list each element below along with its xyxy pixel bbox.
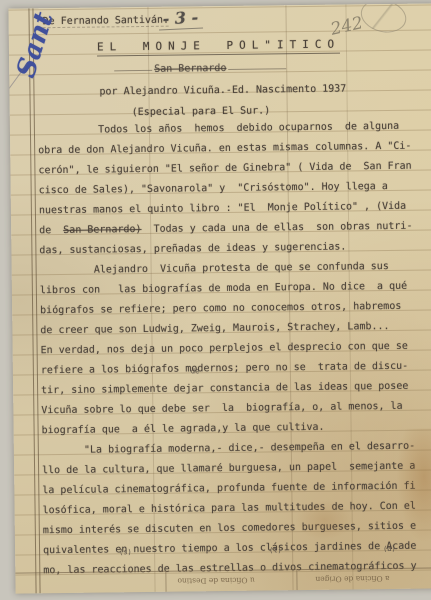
inverted-form-label-destination: u Oficina de Destino xyxy=(177,576,254,586)
screenshot-root: { "page": { "annotations": { "sender": "… xyxy=(0,0,431,600)
byline: por Alejandro Vicuña.-Ed. Nascimento 193… xyxy=(99,84,346,98)
inverted-form-label-origin: a Oficina de Origen xyxy=(315,574,389,584)
inserted-word-de: de xyxy=(191,367,200,375)
footer-cell-separator-2 xyxy=(296,570,297,590)
pencil-circle-mark xyxy=(357,3,409,36)
sender-line: De Fernando Santiván. xyxy=(43,15,170,29)
handwritten-page-number: - 3 - xyxy=(158,8,203,31)
pencil-number-annotation: 242 xyxy=(329,13,365,40)
dedication-line: (Especial para El Sur.) xyxy=(132,105,271,118)
struck-subtitle: San Bernardo xyxy=(154,63,226,75)
superscript-correction-1: (s) xyxy=(119,548,132,556)
form-footer-row: u Oficina de Destino a Oficina de Origen xyxy=(15,568,431,593)
typed-body: Todos los años hemos debido ocuparnos de… xyxy=(38,117,417,582)
blue-ink-margin-handwriting: Sant xyxy=(11,5,60,81)
pencil-diagonal-stroke xyxy=(8,64,27,168)
superscript-correction-3: (a) xyxy=(383,545,396,553)
superscript-correction-2: (t) xyxy=(269,546,282,554)
document-title: EL MONJE POL"ITICO xyxy=(97,38,340,57)
document-page: De Fernando Santiván. - 3 - EL MONJE POL… xyxy=(8,3,431,593)
footer-cell-separator-1 xyxy=(165,572,166,592)
